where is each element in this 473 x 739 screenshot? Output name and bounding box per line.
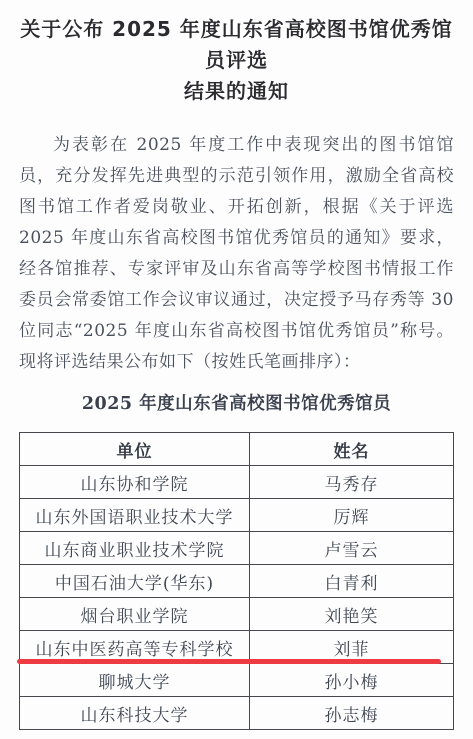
cell-unit: 山东商业职业技术学院: [20, 532, 250, 565]
cell-unit: 山东外国语职业技术大学: [20, 499, 250, 532]
cell-unit: 山东协和学院: [20, 466, 250, 499]
table-row: 聊城大学孙小梅: [20, 664, 454, 697]
cell-name: 厉辉: [250, 499, 454, 532]
cell-unit: 山东科技大学: [20, 697, 250, 730]
cell-name: 刘艳笑: [250, 598, 454, 631]
cell-name: 孙小梅: [250, 664, 454, 697]
cell-unit: 山东中医药高等专科学校: [20, 631, 250, 664]
cell-name: 卢雪云: [250, 532, 454, 565]
cell-unit: 烟台职业学院: [20, 598, 250, 631]
body-paragraph: 为表彰在 2025 年度工作中表现突出的图书馆馆员，充分发挥先进典型的示范引领作…: [19, 130, 454, 378]
table-row: 山东科技大学孙志梅: [20, 697, 454, 730]
cell-name: 刘菲: [250, 631, 454, 664]
table-header-name: 姓名: [250, 433, 454, 466]
cell-unit: 中国石油大学(华东): [20, 565, 250, 598]
section-heading: 2025 年度山东省高校图书馆优秀馆员: [19, 391, 454, 417]
table-row: 山东商业职业技术学院卢雪云: [20, 532, 454, 565]
table-row: 中国石油大学(华东)白青利: [20, 565, 454, 598]
awards-table-container: 单位 姓名 山东协和学院马秀存山东外国语职业技术大学厉辉山东商业职业技术学院卢雪…: [19, 432, 454, 730]
table-row: 山东中医药高等专科学校刘菲: [20, 631, 454, 664]
table-row: 烟台职业学院刘艳笑: [20, 598, 454, 631]
table-header-row: 单位 姓名: [20, 433, 454, 466]
cell-unit: 聊城大学: [20, 664, 250, 697]
table-row: 山东外国语职业技术大学厉辉: [20, 499, 454, 532]
awards-table-body: 山东协和学院马秀存山东外国语职业技术大学厉辉山东商业职业技术学院卢雪云中国石油大…: [20, 466, 454, 730]
cell-name: 马秀存: [250, 466, 454, 499]
awards-table: 单位 姓名 山东协和学院马秀存山东外国语职业技术大学厉辉山东商业职业技术学院卢雪…: [19, 432, 454, 730]
document-page: 关于公布 2025 年度山东省高校图书馆优秀馆员评选 结果的通知 为表彰在 20…: [0, 0, 473, 739]
title-line-1: 关于公布 2025 年度山东省高校图书馆优秀馆员评选: [19, 14, 454, 76]
table-row: 山东协和学院马秀存: [20, 466, 454, 499]
cell-name: 白青利: [250, 565, 454, 598]
cell-name: 孙志梅: [250, 697, 454, 730]
table-header-unit: 单位: [20, 433, 250, 466]
document-title: 关于公布 2025 年度山东省高校图书馆优秀馆员评选 结果的通知: [19, 14, 454, 107]
title-line-2: 结果的通知: [19, 76, 454, 107]
